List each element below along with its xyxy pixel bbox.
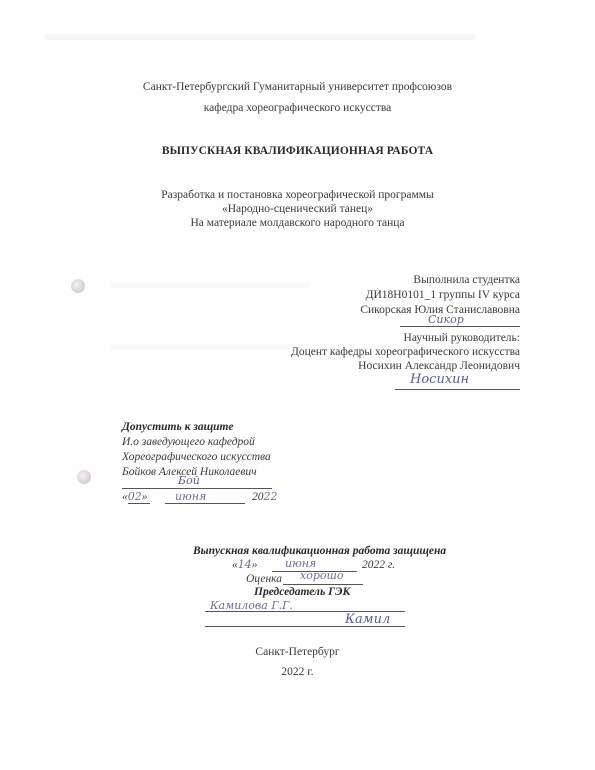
admission-signature: Бой xyxy=(178,474,200,487)
hole-punch xyxy=(77,470,91,484)
defense-year: 2022 г. xyxy=(362,558,395,572)
admission-month: июня xyxy=(175,490,206,503)
document-page: Санкт-Петербургский Гуманитарный универс… xyxy=(0,0,595,770)
year-suffix: 22 xyxy=(264,490,278,503)
admission-line-2: Хореографического искусства xyxy=(122,450,271,464)
student-label: Выполнила студентка xyxy=(413,273,520,287)
defense-date-open: «14» xyxy=(232,558,258,572)
hole-punch xyxy=(71,279,85,293)
department-name: кафедра хореографического искусства xyxy=(0,101,595,115)
document-title: ВЫПУСКНАЯ КВАЛИФИКАЦИОННАЯ РАБОТА xyxy=(0,145,595,157)
bleed-through-mark xyxy=(110,282,310,288)
supervisor-label: Научный руководитель: xyxy=(404,331,520,345)
quote-close: » xyxy=(252,559,258,571)
signature-line xyxy=(400,326,520,327)
grade-label: Оценка xyxy=(246,572,282,586)
bleed-through-mark xyxy=(45,34,475,40)
university-name: Санкт-Петербургский Гуманитарный универс… xyxy=(0,80,595,94)
quote-open: « xyxy=(122,491,128,503)
quote-open: « xyxy=(232,559,238,571)
student-signature: Сикор xyxy=(428,313,464,326)
footer-city: Санкт-Петербург xyxy=(0,645,595,659)
signature-line xyxy=(395,389,520,390)
admission-year: 2022 xyxy=(252,490,278,504)
bleed-through-mark xyxy=(110,344,290,350)
student-group: ДИ18Н0101_1 группы IV курса xyxy=(366,288,520,302)
defense-heading: Выпускная квалификационная работа защище… xyxy=(193,544,446,558)
footer-year: 2022 г. xyxy=(0,665,595,679)
day-underline xyxy=(128,503,150,504)
month-underline xyxy=(165,503,245,504)
topic-line-3: На материале молдавского народного танца xyxy=(0,216,595,230)
quote-close: » xyxy=(142,491,148,503)
admission-heading: Допустить к защите xyxy=(122,420,233,434)
admission-date: «02» xyxy=(122,490,148,504)
supervisor-position: Доцент кафедры хореографического искусст… xyxy=(291,345,520,359)
supervisor-signature: Носихин xyxy=(410,372,469,387)
signature-line xyxy=(122,488,272,489)
grade-value: хорошо xyxy=(300,569,344,582)
topic-line-1: Разработка и постановка хореографической… xyxy=(0,188,595,202)
defense-day: 14 xyxy=(238,558,252,571)
topic-line-2: «Народно-сценический танец» xyxy=(0,202,595,216)
admission-day: 02 xyxy=(128,490,142,503)
chair-signature: Камил xyxy=(345,612,390,627)
signature-line xyxy=(205,626,405,627)
admission-line-1: И.о заведующего кафедрой xyxy=(122,435,255,449)
chair-label: Председатель ГЭК xyxy=(254,585,350,599)
year-prefix: 20 xyxy=(252,491,264,503)
supervisor-name: Носихин Александр Леонидович xyxy=(358,359,520,373)
